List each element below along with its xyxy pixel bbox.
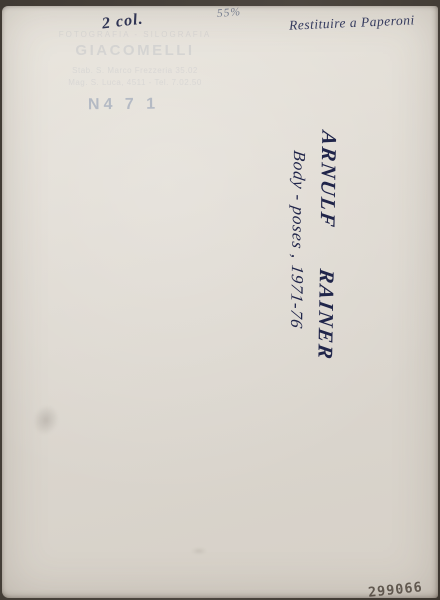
scale-note: 55% (217, 6, 242, 20)
artist-name: ARNULF RAINER (312, 129, 342, 405)
pencil-smudge (22, 393, 71, 447)
inventory-number-stamp: 299066 (367, 579, 423, 600)
return-note: Restituire a Paperoni (289, 12, 415, 33)
stamp-line-3: Stab. S. Marco Frezzeria 35.02 (54, 66, 216, 75)
paper-sheet: 2 col. 55% Restituire a Paperoni FOTOGRA… (2, 6, 438, 598)
stamp-line-4: Mag. S. Luca, 4511 - Tel. 7.02.50 (54, 78, 216, 87)
paper-smudge (188, 546, 210, 556)
stamp-line-1: FOTOGRAFIA - SILOGRAFIA (54, 30, 216, 39)
work-title: Body - poses , 1971-76 (285, 149, 309, 400)
stamp-line-2: GIACOMELLI (54, 42, 216, 59)
studio-stamp: FOTOGRAFIA - SILOGRAFIA GIACOMELLI Stab.… (54, 30, 216, 87)
artist-inscription: ARNULF RAINER Body - poses , 1971-76 (285, 125, 342, 405)
negative-number: N4 7 1 (88, 96, 159, 115)
photo-verso: 2 col. 55% Restituire a Paperoni FOTOGRA… (0, 0, 440, 600)
